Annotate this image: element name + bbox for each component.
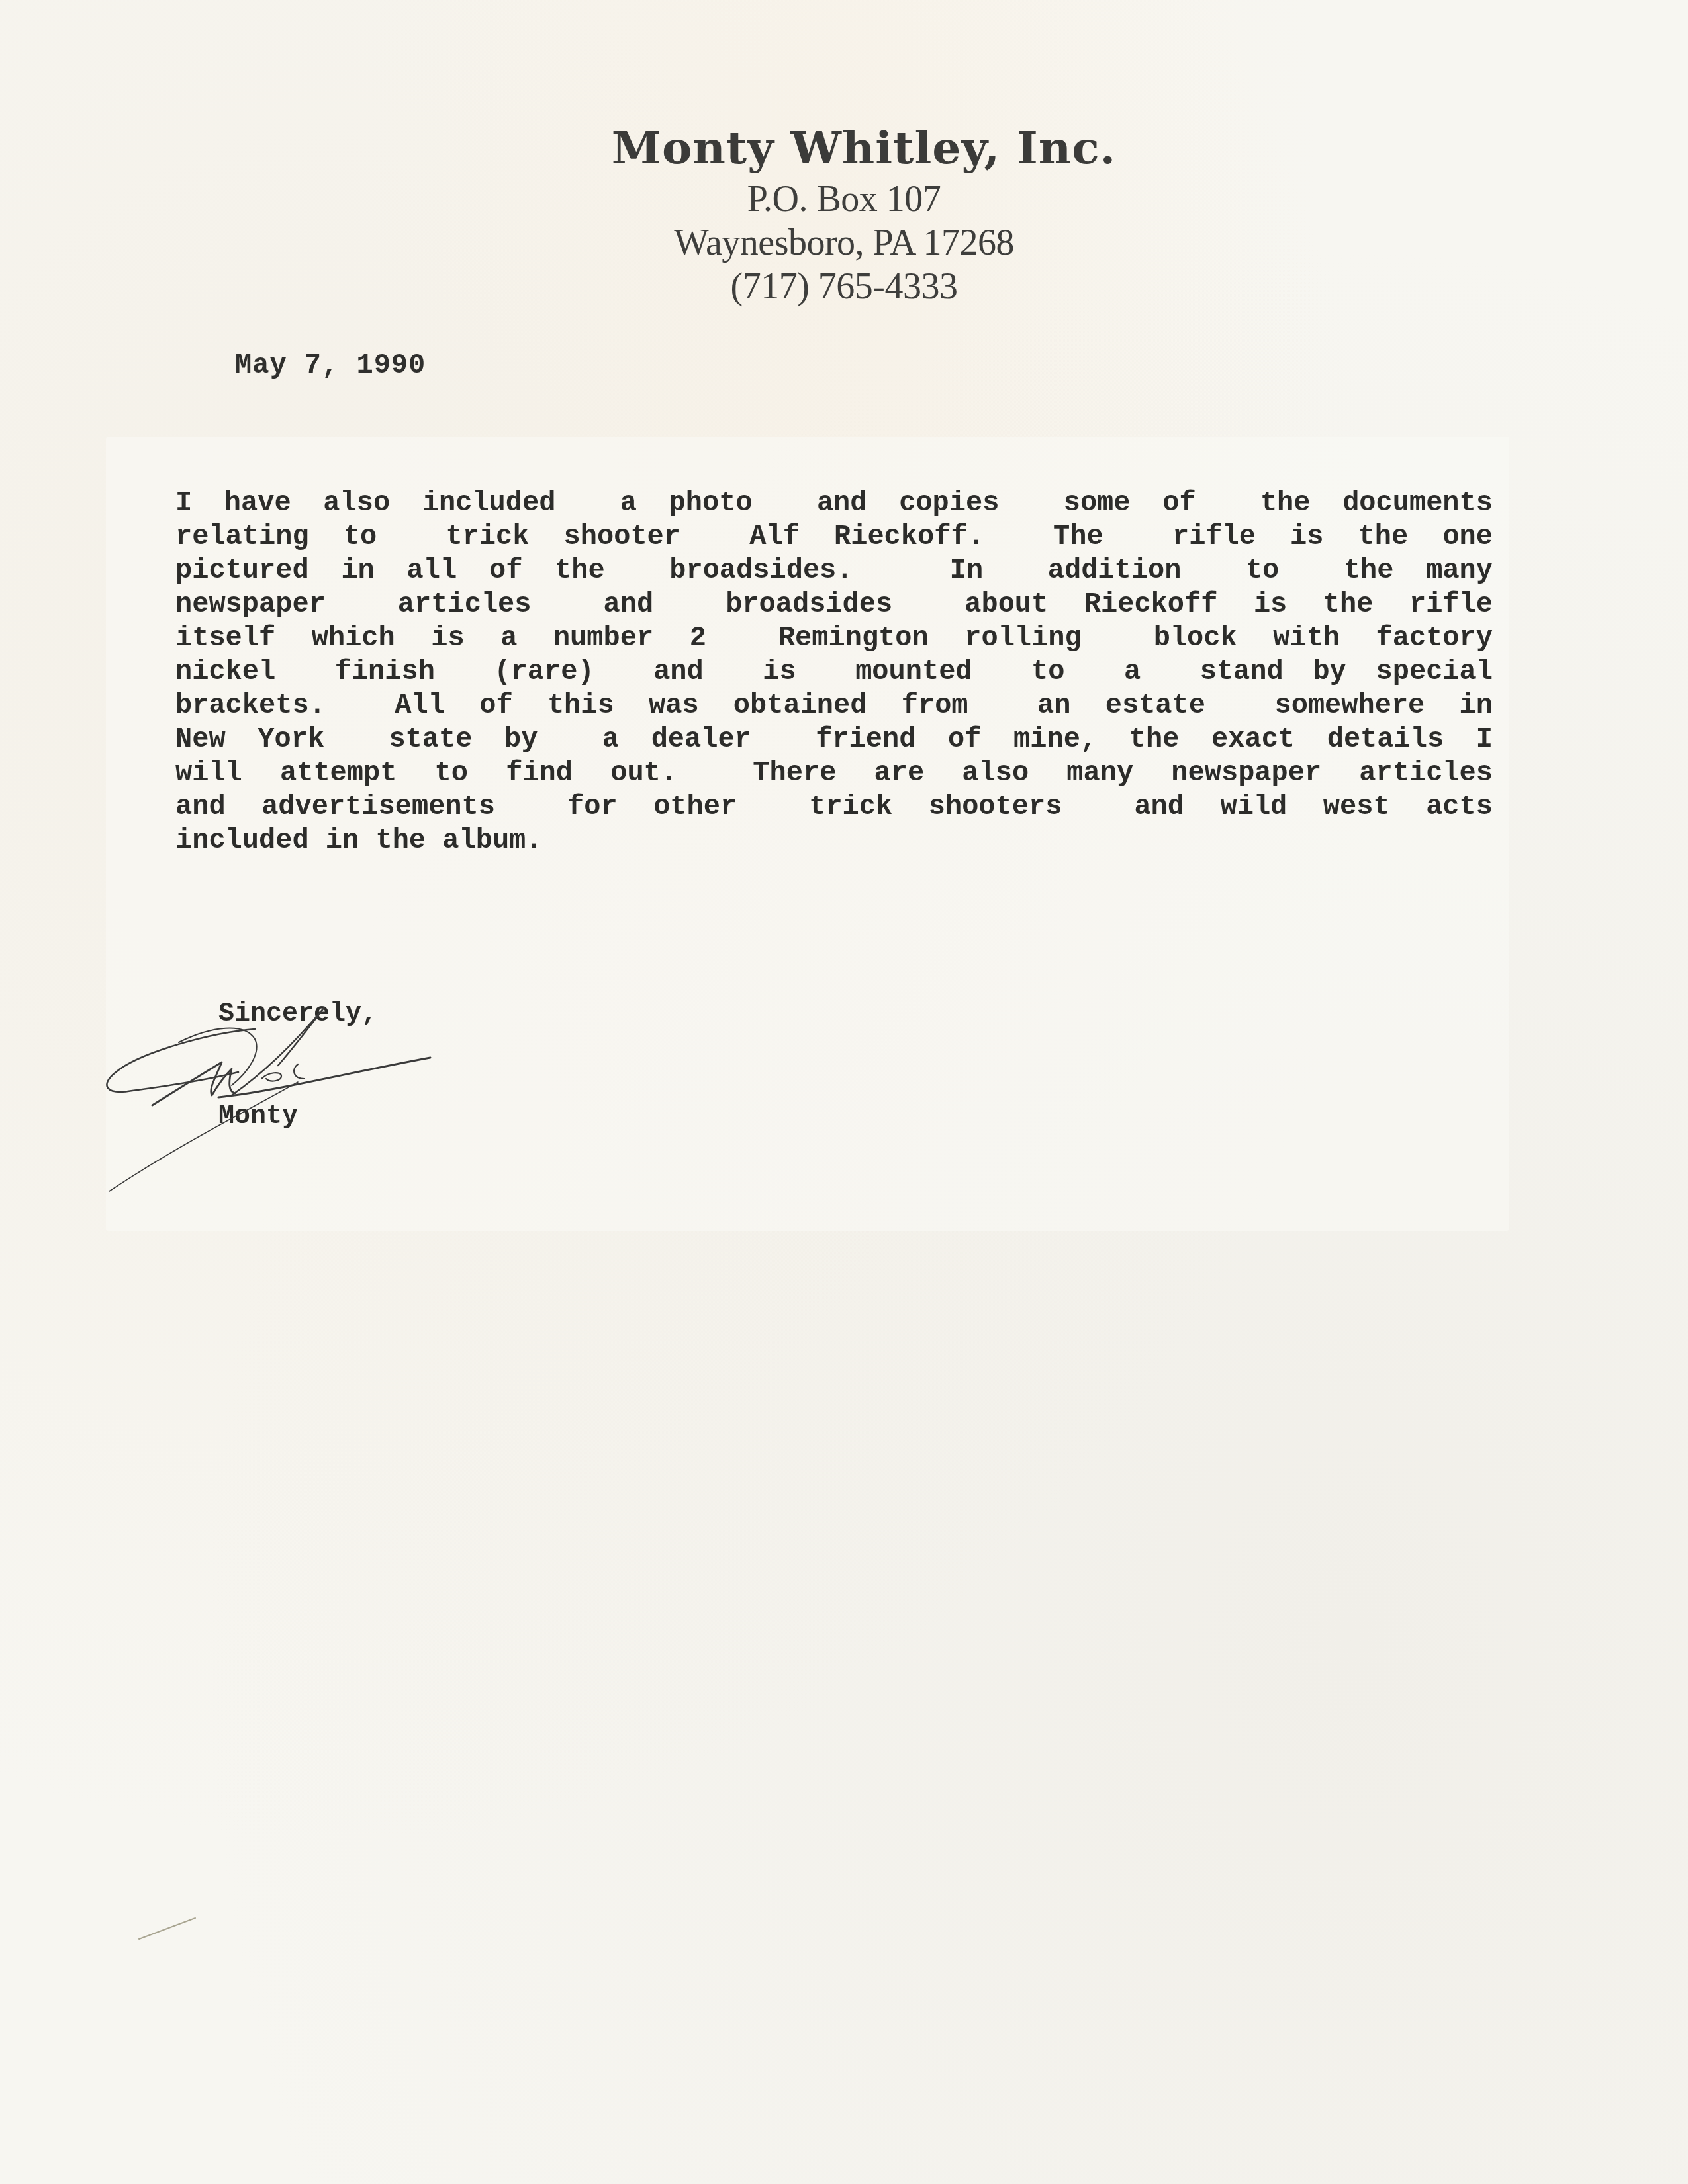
letter-body: I have also included a photo and copies … [175, 486, 1493, 858]
signer-name: Monty [218, 1102, 298, 1132]
closing: Sincerely, [218, 999, 377, 1029]
body-line: nickel finish (rare) and is mounted to a… [175, 655, 1493, 689]
body-line: and advertisements for other trick shoot… [175, 790, 1493, 824]
body-line: included in the album. [175, 824, 1493, 858]
city-state-zip: Waynesboro, PA 17268 [0, 221, 1688, 265]
company-name: Monty Whitley, Inc. [40, 126, 1688, 171]
letter-date: May 7, 1990 [235, 349, 426, 381]
address-block: P.O. Box 107 Waynesboro, PA 17268 (717) … [0, 177, 1688, 308]
body-line: I have also included a photo and copies … [175, 486, 1493, 520]
po-box: P.O. Box 107 [0, 177, 1688, 221]
body-line: relating to trick shooter Alf Rieckoff. … [175, 520, 1493, 554]
stray-pencil-mark-icon [99, 1873, 265, 1952]
letterhead: Monty Whitley, Inc. P.O. Box 107 Waynesb… [0, 126, 1688, 308]
letter-page: Monty Whitley, Inc. P.O. Box 107 Waynesb… [0, 0, 1688, 2184]
body-line: New York state by a dealer friend of min… [175, 723, 1493, 756]
body-line: newspaper articles and broadsides about … [175, 588, 1493, 621]
body-line: itself which is a number 2 Remington rol… [175, 621, 1493, 655]
body-line: pictured in all of the broadsides. In ad… [175, 554, 1493, 588]
body-line: will attempt to find out. There are also… [175, 756, 1493, 790]
body-line: brackets. All of this was obtained from … [175, 689, 1493, 723]
phone-number: (717) 765-4333 [0, 265, 1688, 308]
